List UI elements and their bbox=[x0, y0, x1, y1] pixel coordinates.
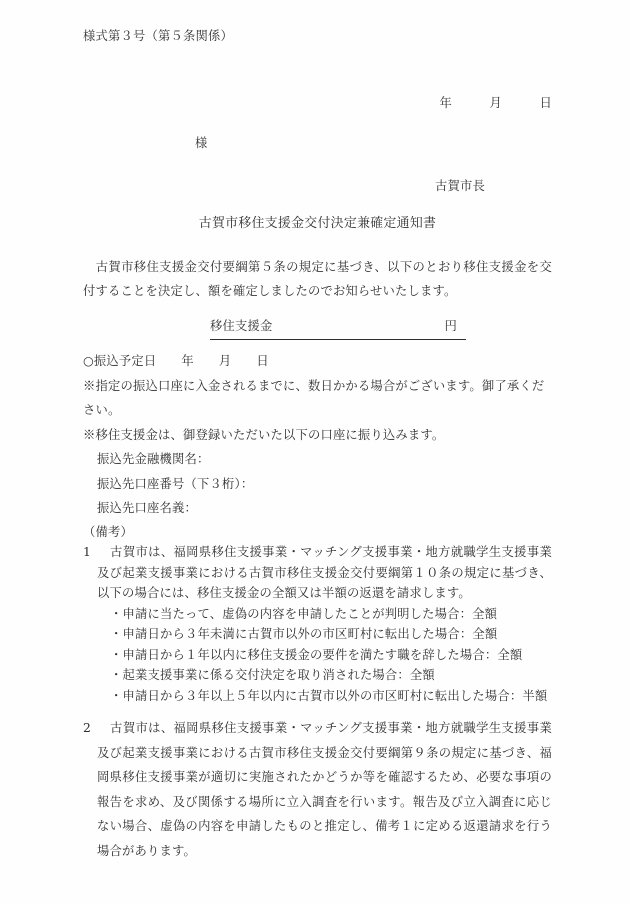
list-item: ・申請日から３年以上５年以内に古賀市以外の市区町村に転出した場合：半額 bbox=[110, 686, 552, 707]
remark-item-1: 1古賀市は、福岡県移住支援事業・マッチング支援事業・地方就職学生支援事業及び起業… bbox=[83, 542, 552, 604]
payment-section: ○振込予定日 年 月 日 ※指定の振込口座に入金されるまでに、数日かかる場合がご… bbox=[83, 349, 552, 521]
document-title: 古賀市移住支援金交付決定兼確定通知書 bbox=[83, 212, 552, 237]
date-line: 年 月 日 bbox=[83, 91, 552, 116]
list-item: ・申請日から１年以内に移住支援金の要件を満たす職を辞した場合：全額 bbox=[110, 645, 552, 666]
remark-item-2-number: 2 bbox=[83, 716, 110, 741]
remark-item-1-number: 1 bbox=[83, 542, 110, 563]
remarks-heading: （備考） bbox=[83, 522, 552, 543]
form-number-label: 様式第３号（第５条関係） bbox=[83, 24, 552, 49]
remarks-section: （備考） 1古賀市は、福岡県移住支援事業・マッチング支援事業・地方就職学生支援事… bbox=[83, 522, 552, 864]
account-number-line: 振込先口座番号（下３桁）： bbox=[83, 472, 552, 497]
amount-row: 移住支援金円 bbox=[83, 314, 552, 341]
amount-label: 移住支援金 bbox=[210, 319, 273, 333]
repayment-conditions-list: ・申請に当たって、虚偽の内容を申請したことが判明した場合：全額 ・申請日から３年… bbox=[83, 604, 552, 707]
sender-line: 古賀市長 bbox=[435, 174, 552, 199]
remark-item-2-text: 古賀市は、福岡県移住支援事業・マッチング支援事業・地方就職学生支援事業及び起業支… bbox=[97, 721, 552, 858]
list-item: ・申請に当たって、虚偽の内容を申請したことが判明した場合：全額 bbox=[110, 604, 552, 625]
account-holder-line: 振込先口座名義： bbox=[83, 496, 552, 521]
document-page: 様式第３号（第５条関係） 年 月 日 様 古賀市長 古賀市移住支援金交付決定兼確… bbox=[0, 0, 630, 903]
recipient-line: 様 bbox=[195, 131, 552, 156]
amount-underlined-field: 移住支援金円 bbox=[210, 314, 466, 341]
bank-name-line: 振込先金融機関名： bbox=[83, 447, 552, 472]
remark-item-2: 2古賀市は、福岡県移住支援事業・マッチング支援事業・地方就職学生支援事業及び起業… bbox=[83, 716, 552, 863]
list-item: ・起業支援事業に係る交付決定を取り消された場合：全額 bbox=[110, 665, 552, 686]
note-deposit-delay: ※指定の振込口座に入金されるまでに、数日かかる場合がございます。御了承ください。 bbox=[83, 374, 552, 423]
remark-item-1-text: 古賀市は、福岡県移住支援事業・マッチング支援事業・地方就職学生支援事業及び起業支… bbox=[97, 545, 552, 600]
transfer-date-line: ○振込予定日 年 月 日 bbox=[83, 349, 552, 374]
list-item: ・申請日から３年未満に古賀市以外の市区町村に転出した場合：全額 bbox=[110, 624, 552, 645]
intro-paragraph: 古賀市移住支援金交付要綱第５条の規定に基づき、以下のとおり移住支援金を交付するこ… bbox=[83, 255, 552, 304]
amount-unit-label: 円 bbox=[445, 319, 458, 333]
note-registered-account: ※移住支援金は、御登録いただいた以下の口座に振り込みます。 bbox=[83, 423, 552, 448]
